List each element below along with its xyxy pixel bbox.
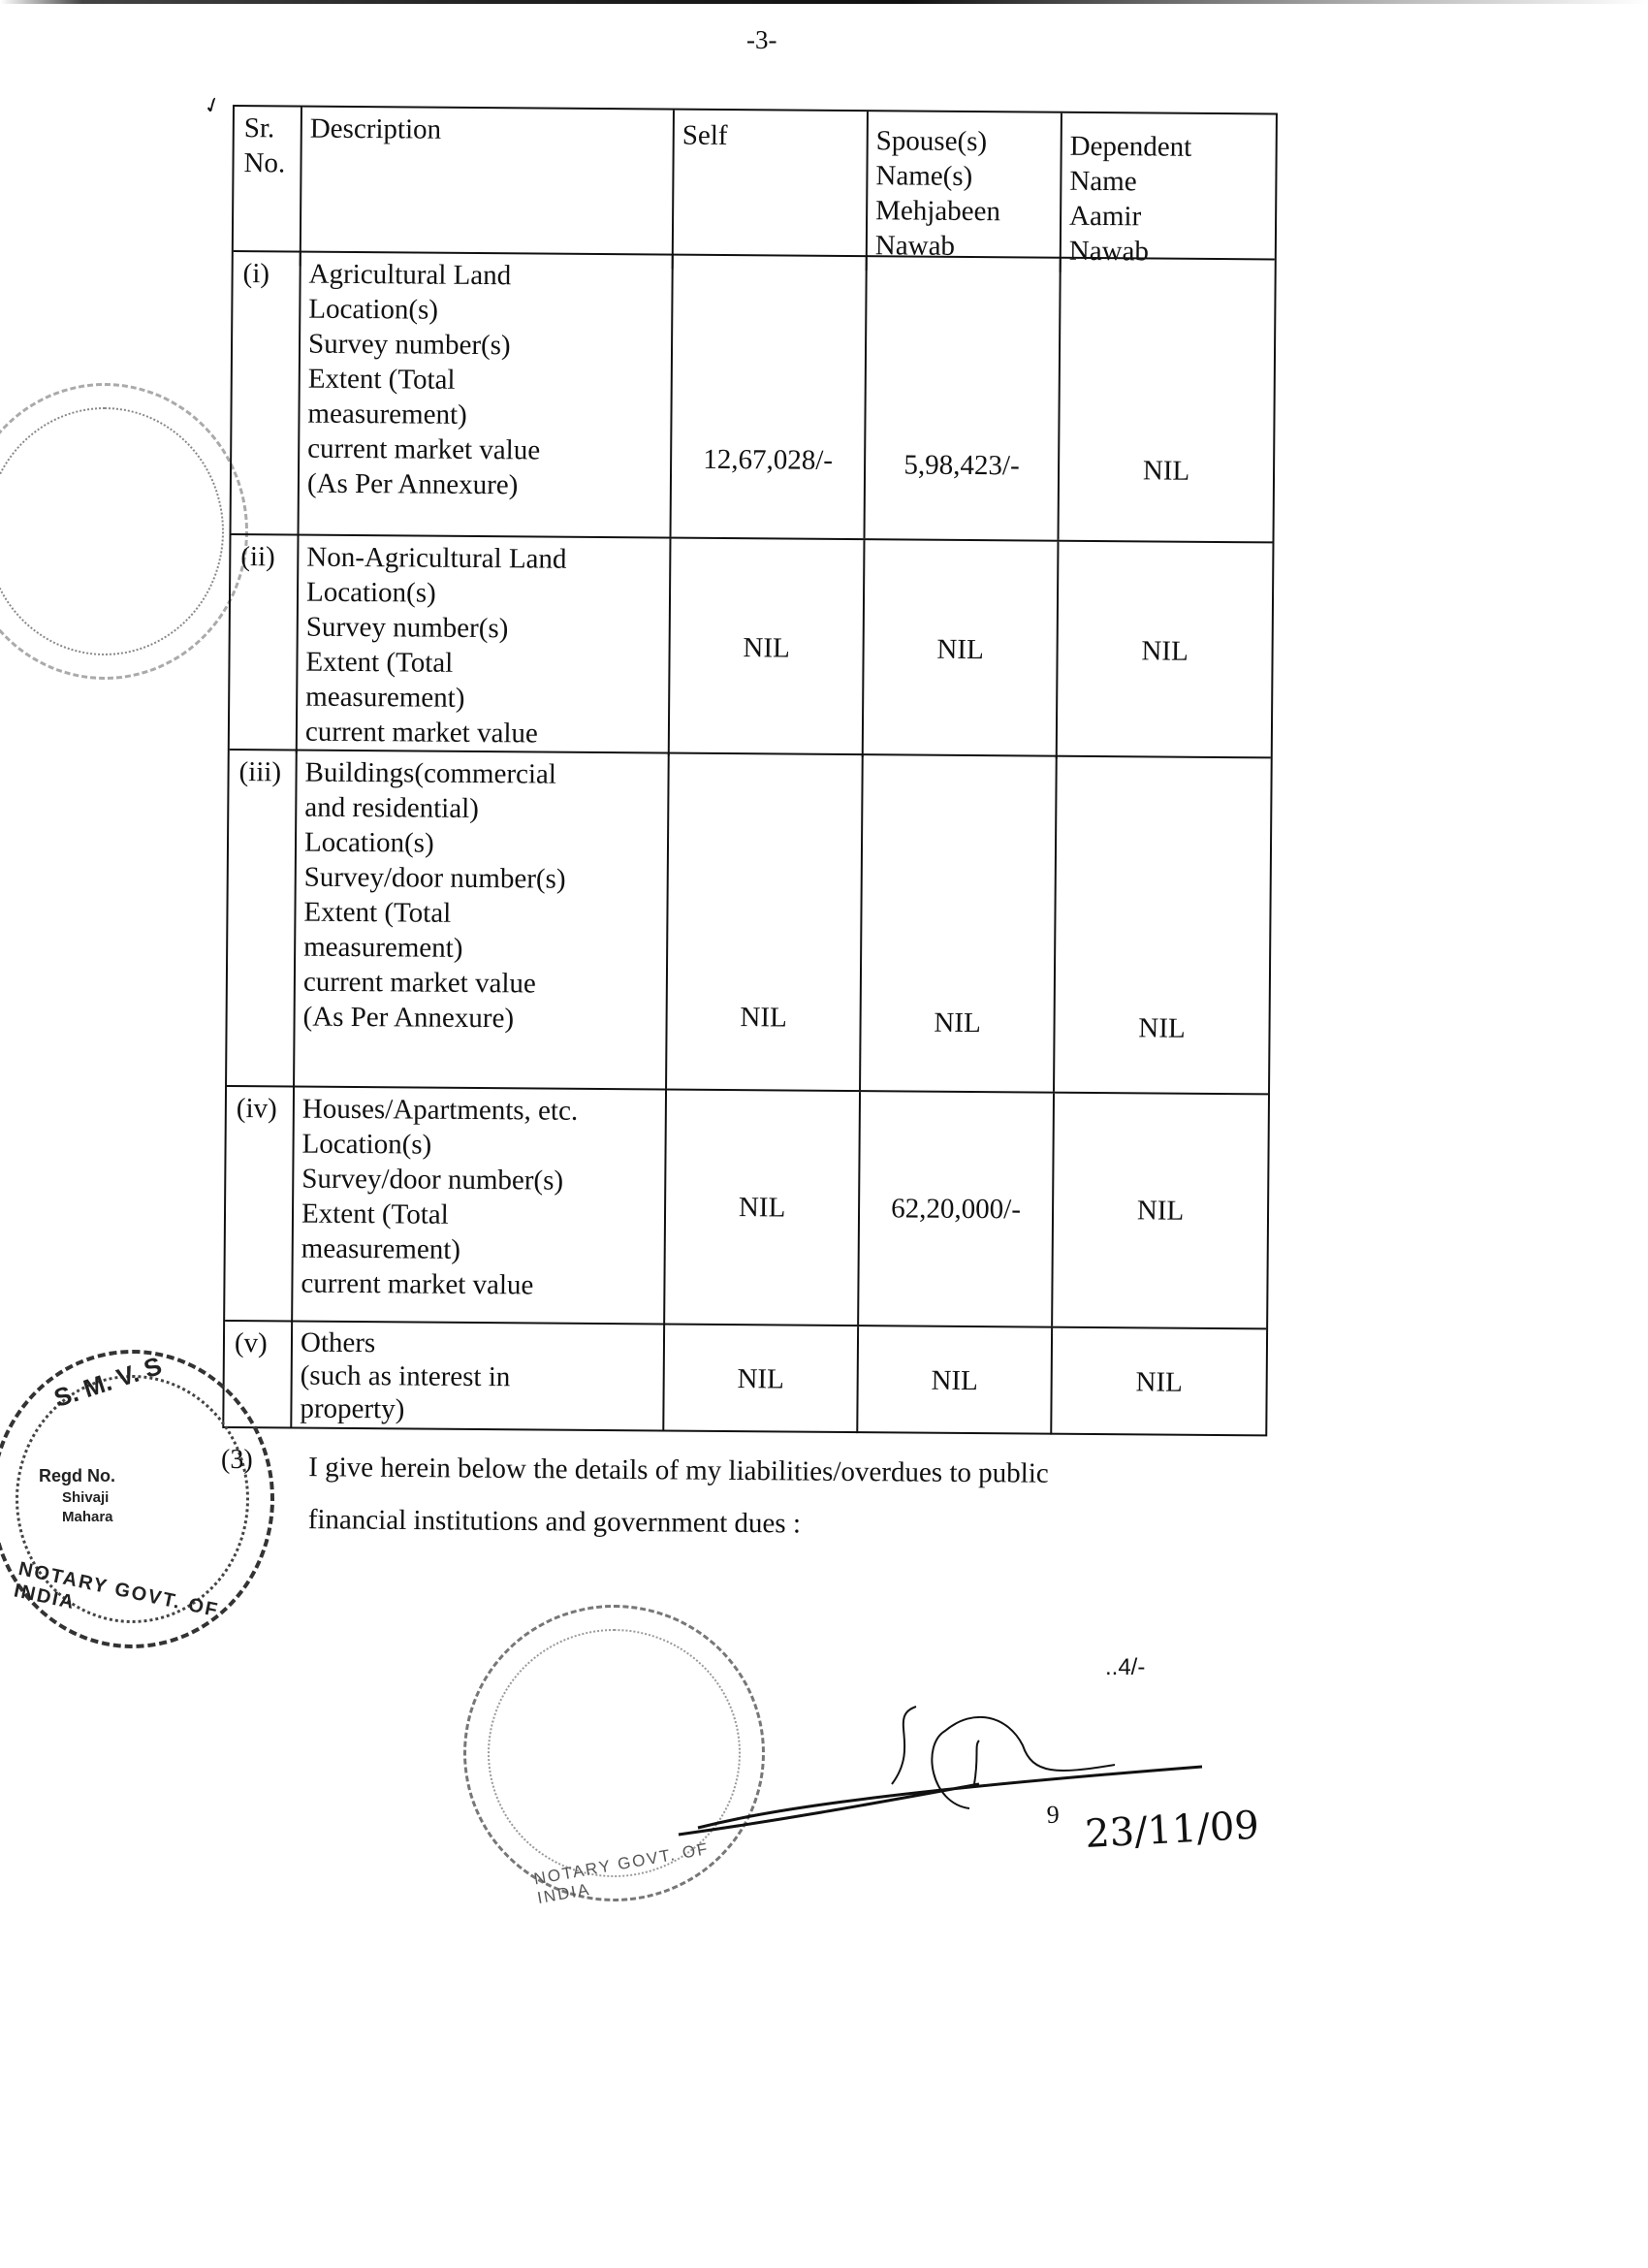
signature: 9 23/11/09 <box>0 0 1648 2268</box>
svg-text:9: 9 <box>1046 1801 1060 1829</box>
signature-date: 23/11/09 <box>1084 1804 1260 1857</box>
